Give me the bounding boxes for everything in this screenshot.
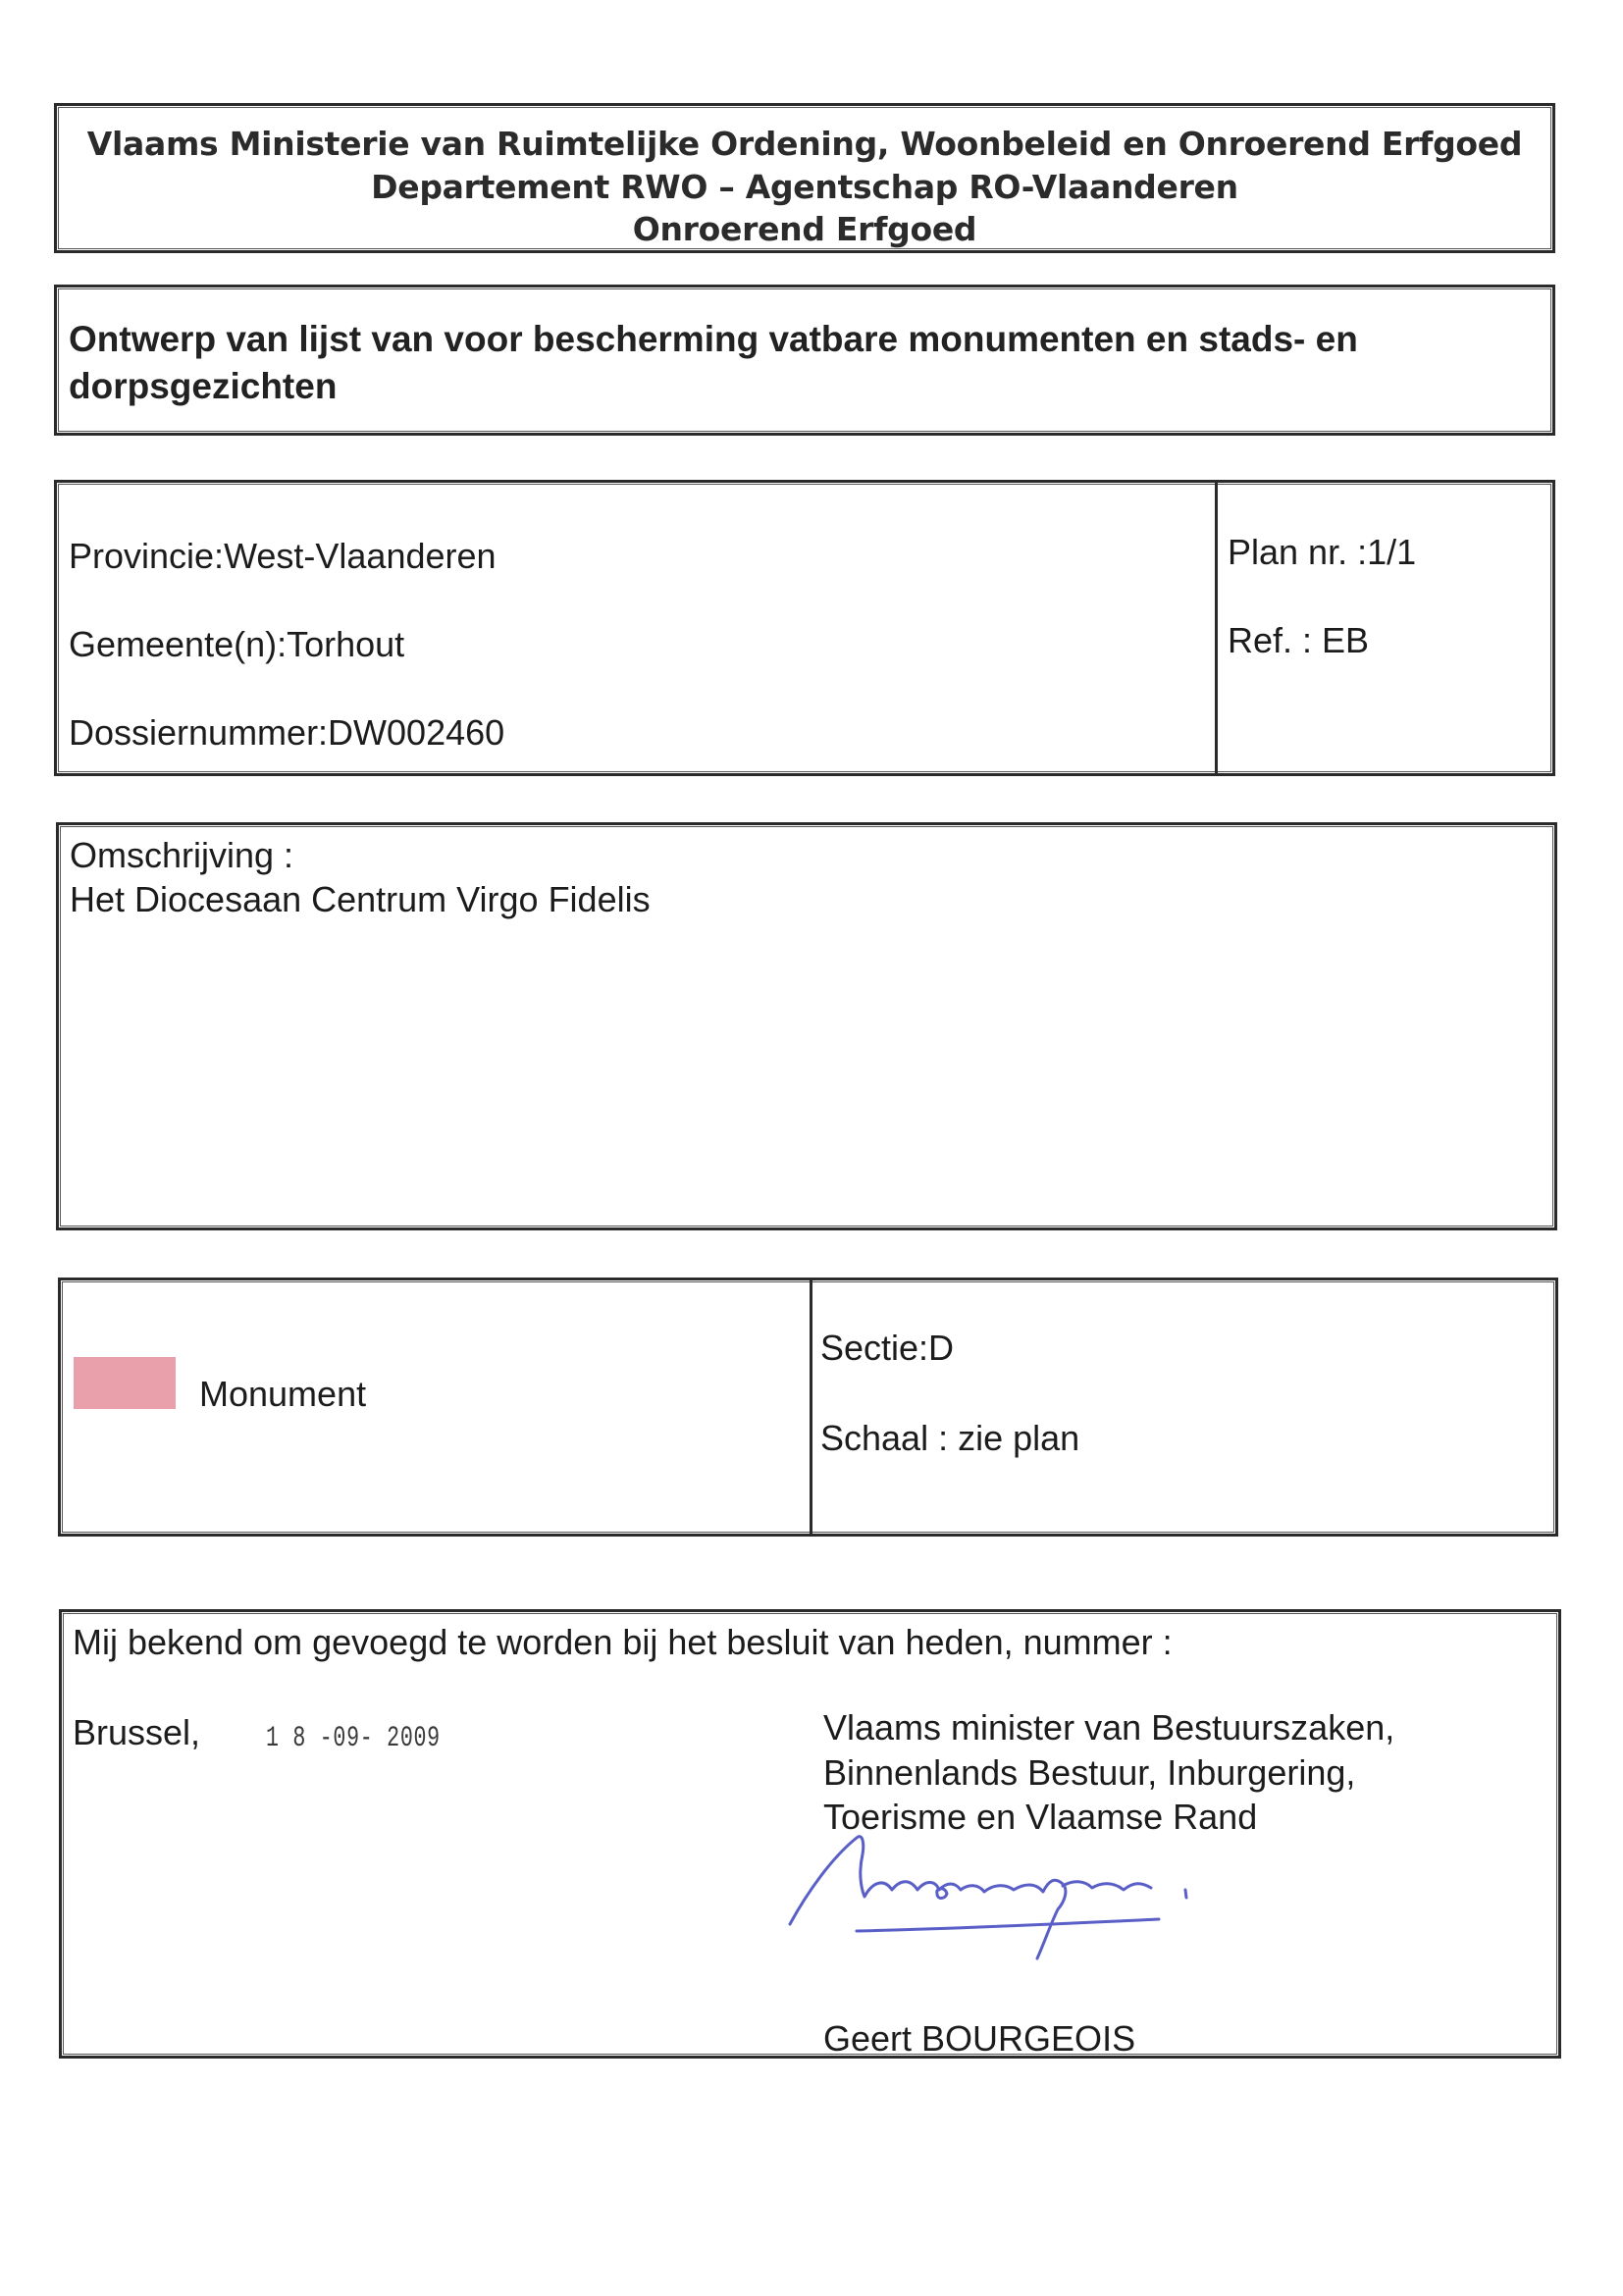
minister-title-line-3: Toerisme en Vlaamse Rand: [823, 1800, 1257, 1835]
document-title-line-2: dorpsgezichten: [69, 368, 337, 404]
reference-field: Ref. : EB: [1228, 623, 1369, 658]
approval-box: Mij bekend om gevoegd te worden bij het …: [59, 1609, 1561, 2059]
sectie-field: Sectie:D: [820, 1331, 954, 1366]
approval-statement: Mij bekend om gevoegd te worden bij het …: [73, 1625, 1173, 1660]
dossiernummer-field: Dossiernummer:DW002460: [69, 715, 504, 751]
agency-name: Onroerend Erfgoed: [57, 213, 1552, 245]
monument-legend-swatch: [74, 1357, 176, 1409]
minister-title-line-2: Binnenlands Bestuur, Inburgering,: [823, 1755, 1355, 1791]
provincie-field: Provincie:West-Vlaanderen: [69, 539, 497, 574]
legend-box: Monument Sectie:D Schaal : zie plan: [58, 1278, 1558, 1537]
document-title-box: Ontwerp van lijst van voor bescherming v…: [54, 285, 1555, 436]
description-value: Het Diocesaan Centrum Virgo Fidelis: [70, 882, 651, 917]
ministry-header-box: Vlaams Ministerie van Ruimtelijke Ordeni…: [54, 103, 1555, 253]
department-name: Departement RWO – Agentschap RO-Vlaander…: [57, 171, 1552, 203]
plan-number-field: Plan nr. :1/1: [1228, 535, 1416, 570]
location-box: Provincie:West-Vlaanderen Gemeente(n):To…: [54, 480, 1555, 776]
monument-legend-label: Monument: [199, 1377, 366, 1412]
description-box: Omschrijving : Het Diocesaan Centrum Vir…: [56, 822, 1557, 1230]
date-stamp: 1 8 -09- 2009: [266, 1724, 441, 1753]
minister-title-line-1: Vlaams minister van Bestuurszaken,: [823, 1710, 1394, 1746]
location-divider: [1215, 483, 1218, 773]
signatory-name: Geert BOURGEOIS: [823, 2021, 1135, 2057]
ministry-name: Vlaams Ministerie van Ruimtelijke Ordeni…: [57, 128, 1552, 160]
place-label: Brussel,: [73, 1715, 200, 1750]
description-label: Omschrijving :: [70, 838, 293, 873]
signature-icon: [778, 1833, 1288, 1970]
schaal-field: Schaal : zie plan: [820, 1421, 1079, 1456]
gemeente-field: Gemeente(n):Torhout: [69, 627, 404, 662]
legend-divider: [810, 1280, 812, 1534]
document-title-line-1: Ontwerp van lijst van voor bescherming v…: [69, 321, 1358, 357]
